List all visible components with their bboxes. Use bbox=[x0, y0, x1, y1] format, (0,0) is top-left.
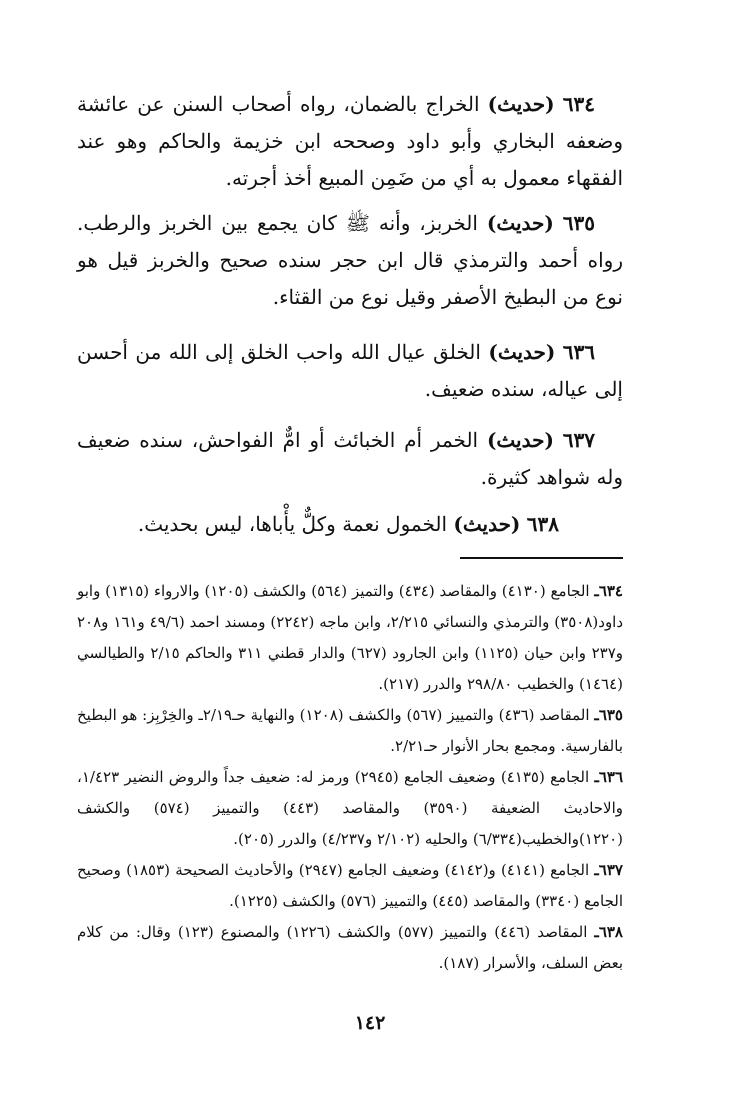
footnote-text: الجامع (٤١٣٥) وضعيف الجامع (٢٩٤٥) ورمز ل… bbox=[77, 768, 623, 848]
main-text: ٦٣٤ (حديث) الخراج بالضمان، رواه أصحاب ال… bbox=[77, 86, 623, 543]
hadith-entry-638: ٦٣٨ (حديث) الخمول نعمة وكلٌّ يأْباها، لي… bbox=[77, 506, 623, 543]
footnote-text: المقاصد (٤٤٦) والتمييز (٥٧٧) والكشف (١٢٢… bbox=[77, 923, 623, 972]
footnote-number: ٦٣٦ـ bbox=[594, 768, 623, 786]
footnote-number: ٦٣٧ـ bbox=[594, 861, 623, 879]
hadith-entry-635: ٦٣٥ (حديث) الخربز، وأنه ﷺ كان يجمع بين ا… bbox=[77, 205, 623, 316]
entry-tag: (حديث) bbox=[453, 512, 520, 536]
hadith-entry-634: ٦٣٤ (حديث) الخراج بالضمان، رواه أصحاب ال… bbox=[77, 86, 623, 197]
entry-text: الخمول نعمة وكلٌّ يأْباها، ليس بحديث. bbox=[138, 512, 447, 536]
entry-tag: (حديث) bbox=[488, 340, 555, 364]
footnote-636: ٦٣٦ـ الجامع (٤١٣٥) وضعيف الجامع (٢٩٤٥) و… bbox=[77, 762, 623, 855]
footnote-635: ٦٣٥ـ المقاصد (٤٣٦) والتمييز (٥٦٧) والكشف… bbox=[77, 700, 623, 762]
hadith-entry-637: ٦٣٧ (حديث) الخمر أم الخبائث أو امٌّ الفو… bbox=[77, 422, 623, 496]
footnote-638: ٦٣٨ـ المقاصد (٤٤٦) والتمييز (٥٧٧) والكشف… bbox=[77, 917, 623, 979]
footnote-text: الجامع (٤١٤١) و(٤١٤٢) وضعيف الجامع (٢٩٤٧… bbox=[77, 861, 623, 910]
footnote-separator bbox=[460, 557, 623, 559]
footnote-number: ٦٣٤ـ bbox=[594, 582, 623, 600]
page-number: ١٤٢ bbox=[340, 1012, 400, 1034]
entry-tag: (حديث) bbox=[487, 211, 554, 235]
footnote-634: ٦٣٤ـ الجامع (٤١٣٠) والمقاصد (٤٣٤) والتمي… bbox=[77, 576, 623, 700]
entry-number: ٦٣٥ bbox=[563, 211, 595, 235]
entry-tag: (حديث) bbox=[487, 428, 554, 452]
footnote-text: المقاصد (٤٣٦) والتمييز (٥٦٧) والكشف (١٢٠… bbox=[77, 706, 623, 755]
footnote-number: ٦٣٨ـ bbox=[594, 923, 623, 941]
footnotes: ٦٣٤ـ الجامع (٤١٣٠) والمقاصد (٤٣٤) والتمي… bbox=[77, 576, 623, 979]
footnote-number: ٦٣٥ـ bbox=[594, 706, 623, 724]
entry-number: ٦٣٦ bbox=[563, 340, 595, 364]
footnote-637: ٦٣٧ـ الجامع (٤١٤١) و(٤١٤٢) وضعيف الجامع … bbox=[77, 855, 623, 917]
hadith-entry-636: ٦٣٦ (حديث) الخلق عيال الله واحب الخلق إل… bbox=[77, 334, 623, 408]
entry-number: ٦٣٤ bbox=[563, 92, 595, 116]
entry-tag: (حديث) bbox=[488, 92, 555, 116]
entry-number: ٦٣٧ bbox=[563, 428, 595, 452]
entry-number: ٦٣٨ bbox=[527, 512, 559, 536]
footnote-text: الجامع (٤١٣٠) والمقاصد (٤٣٤) والتميز (٥٦… bbox=[77, 582, 623, 693]
